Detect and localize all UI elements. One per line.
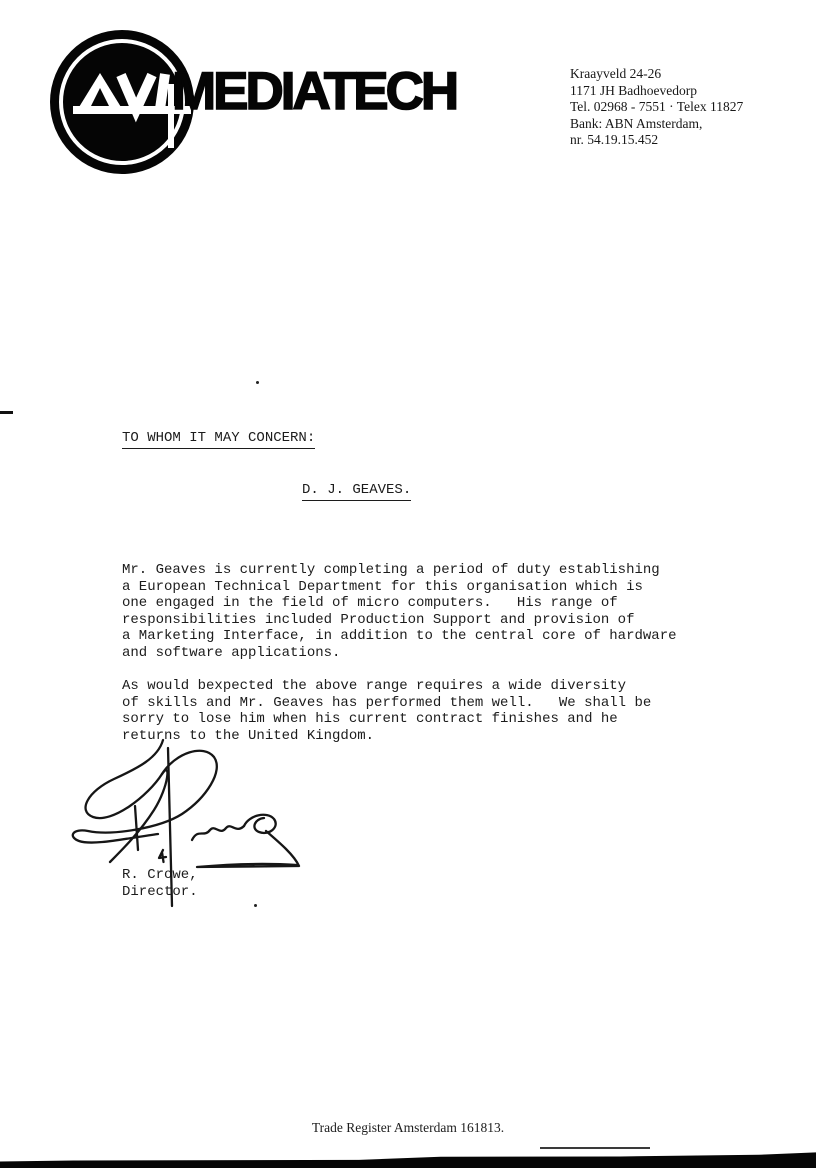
address-line-banknr: nr. 54.19.15.452: [570, 132, 743, 149]
address-block: Kraayveld 24-26 1171 JH Badhoevedorp Tel…: [570, 66, 743, 149]
subject-line: D. J. GEAVES.: [302, 482, 411, 501]
trade-register-footer: Trade Register Amsterdam 161813.: [0, 1120, 816, 1136]
scan-edge-band: [0, 1151, 816, 1168]
paragraph-2: As would bexpected the above range requi…: [122, 678, 651, 744]
scan-artifact-dash: [0, 411, 13, 414]
brand-name: MEDIATECH: [172, 65, 456, 118]
address-line-telefon: Tel. 02968 - 7551 · Telex 11827: [570, 99, 743, 116]
address-line-street: Kraayveld 24-26: [570, 66, 743, 83]
address-line-city: 1171 JH Badhoevedorp: [570, 83, 743, 100]
letter-page: MEDIATECH Kraayveld 24-26 1171 JH Badhoe…: [0, 0, 816, 1168]
scan-artifact-tick: [540, 1147, 650, 1149]
signature-scrawl: [66, 738, 316, 918]
paragraph-1: Mr. Geaves is currently completing a per…: [122, 562, 677, 662]
salutation: TO WHOM IT MAY CONCERN:: [122, 430, 315, 449]
scan-artifact-dot: [256, 381, 259, 384]
address-line-bank: Bank: ABN Amsterdam,: [570, 116, 743, 133]
